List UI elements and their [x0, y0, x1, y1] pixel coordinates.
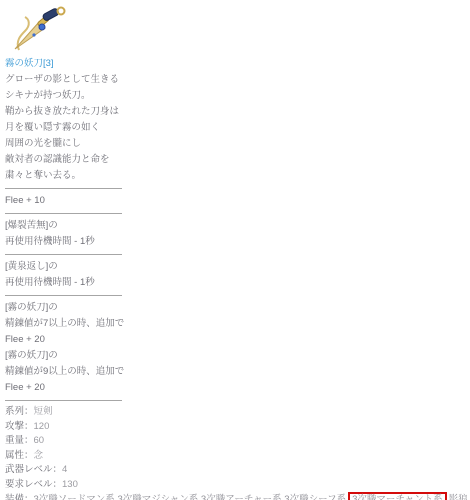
effect-line: 精錬値が9以上の時、追加で — [5, 364, 470, 380]
effect-line: [黄泉返し]の — [5, 259, 470, 275]
section-divider — [5, 295, 122, 296]
effect-section-refine-bonus: [霧の妖刀]の 精錬値が7以上の時、追加で Flee + 20 [霧の妖刀]の … — [5, 300, 470, 396]
stat-value: 60 — [34, 435, 45, 446]
stat-label: 属性： — [5, 450, 34, 461]
effect-line: Flee + 10 — [5, 193, 470, 209]
stat-value: 130 — [62, 479, 78, 490]
stat-label: 武器レベル： — [5, 464, 62, 475]
stat-row-weight: 重量：60 — [5, 434, 470, 449]
kunai-dagger-icon — [5, 5, 67, 53]
effect-section-flee: Flee + 10 — [5, 193, 470, 209]
effect-line: [霧の妖刀]の — [5, 348, 470, 364]
section-divider — [5, 254, 122, 255]
equip-label: 装備： — [5, 494, 34, 500]
stat-label: 要求レベル： — [5, 479, 62, 490]
stat-label: 攻撃： — [5, 421, 34, 432]
description-line: 粛々と奪い去る。 — [5, 168, 470, 184]
equip-classes-before: 3次職ソードマン系 3次職マジシャン系 3次職アーチャー系 3次職シーフ系 — [34, 494, 347, 500]
description-line: シキナが持つ妖刀。 — [5, 88, 470, 104]
stat-label: 重量： — [5, 435, 34, 446]
equip-class-merchant-highlight-box[interactable]: 3次職マーチャント系 — [348, 492, 447, 500]
effect-line: Flee + 20 — [5, 332, 470, 348]
description-line: 敵対者の認識能力と命を — [5, 152, 470, 168]
effect-line: [爆裂苦無]の — [5, 218, 470, 234]
description-line: グローザの影として生きる — [5, 72, 470, 88]
effect-line: 精錬値が7以上の時、追加で — [5, 316, 470, 332]
stat-value: 短剣 — [34, 406, 53, 417]
effect-line: 再使用待機時間 - 1秒 — [5, 275, 470, 291]
stat-row-category: 系列：短剣 — [5, 405, 470, 420]
stat-value: 120 — [34, 421, 50, 432]
section-divider — [5, 213, 122, 214]
item-description: グローザの影として生きる シキナが持つ妖刀。 鞘から抜き放たれた刀身は 月を覆い… — [5, 72, 470, 184]
effect-section-yomigaeshi: [黄泉返し]の 再使用待機時間 - 1秒 — [5, 259, 470, 291]
effect-line: Flee + 20 — [5, 380, 470, 396]
section-divider — [5, 188, 122, 189]
description-line: 周囲の光を朧にし — [5, 136, 470, 152]
description-line: 鞘から抜き放たれた刀身は — [5, 104, 470, 120]
stat-label: 系列： — [5, 406, 34, 417]
stat-row-attack: 攻撃：120 — [5, 420, 470, 435]
item-name-link[interactable]: 霧の妖刀[3] — [5, 56, 54, 72]
description-line: 月を覆い隠す霧の如く — [5, 120, 470, 136]
stat-value: 4 — [62, 464, 67, 475]
section-divider — [5, 400, 122, 401]
stat-row-equip: 装備：3次職ソードマン系 3次職マジシャン系 3次職アーチャー系 3次職シーフ系… — [5, 492, 470, 500]
item-icon-container — [5, 5, 67, 53]
effect-line: 再使用待機時間 - 1秒 — [5, 234, 470, 250]
stat-row-required-level: 要求レベル：130 — [5, 478, 470, 493]
stat-row-weapon-level: 武器レベル：4 — [5, 463, 470, 478]
stat-value: 念 — [34, 450, 44, 461]
effect-line: [霧の妖刀]の — [5, 300, 470, 316]
effect-section-kunai-explosion: [爆裂苦無]の 再使用待機時間 - 1秒 — [5, 218, 470, 250]
stat-row-element: 属性：念 — [5, 449, 470, 464]
equip-classes-after: 影狼 朧 — [449, 494, 470, 500]
item-stats: 系列：短剣 攻撃：120 重量：60 属性：念 武器レベル：4 要求レベル：13… — [5, 405, 470, 500]
